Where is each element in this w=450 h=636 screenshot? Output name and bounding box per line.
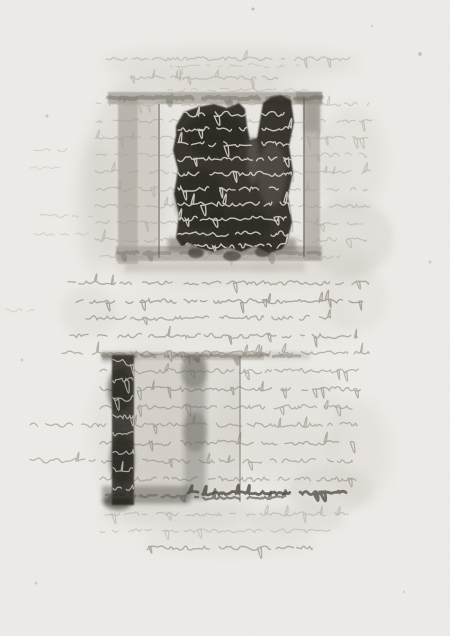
paper-grain-texture [0,0,450,636]
artwork [0,0,450,636]
artwork-canvas [0,0,450,636]
